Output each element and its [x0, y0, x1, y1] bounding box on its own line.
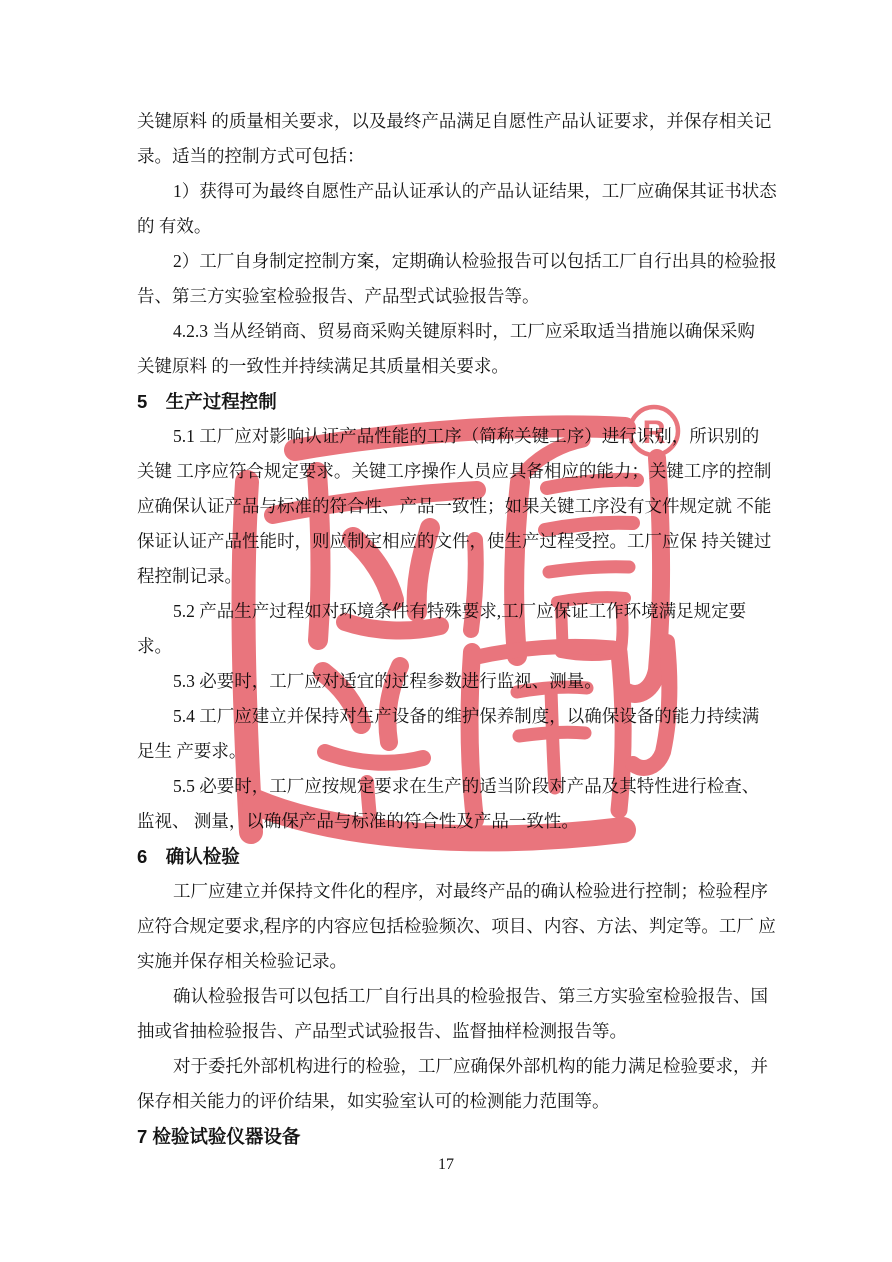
text-line: 抽或省抽检验报告、产品型式试验报告、监督抽样检测报告等。 [137, 1014, 767, 1049]
text-line: 关键原料 的质量相关要求，以及最终产品满足自愿性产品认证要求，并保存相关记 [137, 104, 767, 139]
text-line: 确认检验报告可以包括工厂自行出具的检验报告、第三方实验室检验报告、国 [137, 979, 767, 1014]
text-line: 录。适当的控制方式可包括： [137, 139, 767, 174]
text-line: 应确保认证产品与标准的符合性、产品一致性；如果关键工序没有文件规定就 不能 [137, 489, 767, 524]
text-line: 对于委托外部机构进行的检验，工厂应确保外部机构的能力满足检验要求，并 [137, 1049, 767, 1084]
text-line: 工厂应建立并保持文件化的程序，对最终产品的确认检验进行控制；检验程序 [137, 874, 767, 909]
page-number: 17 [0, 1150, 892, 1180]
section-heading-5: 5 生产过程控制 [137, 384, 767, 419]
text-line: 1）获得可为最终自愿性产品认证承认的产品认证结果，工厂应确保其证书状态 [137, 174, 767, 209]
text-line: 5.5 必要时，工厂应按规定要求在生产的适当阶段对产品及其特性进行检查、 [137, 769, 767, 804]
text-line: 实施并保存相关检验记录。 [137, 944, 767, 979]
text-line: 的 有效。 [137, 209, 767, 244]
text-line: 5.1 工厂应对影响认证产品性能的工序（简称关键工序）进行识别，所识别的 [137, 419, 767, 454]
text-line: 告、第三方实验室检验报告、产品型式试验报告等。 [137, 279, 767, 314]
text-line: 4.2.3 当从经销商、贸易商采购关键原料时，工厂应采取适当措施以确保采购 [137, 314, 767, 349]
text-line: 求。 [137, 629, 767, 664]
text-line: 足生 产要求。 [137, 734, 767, 769]
text-line: 保存相关能力的评价结果，如实验室认可的检测能力范围等。 [137, 1084, 767, 1119]
text-line: 关键原料 的一致性并持续满足其质量相关要求。 [137, 349, 767, 384]
text-line: 5.2 产品生产过程如对环境条件有特殊要求,工厂应保证工作环境满足规定要 [137, 594, 767, 629]
text-line: 5.4 工厂应建立并保持对生产设备的维护保养制度，以确保设备的能力持续满 [137, 699, 767, 734]
text-line: 2）工厂自身制定控制方案，定期确认检验报告可以包括工厂自行出具的检验报 [137, 244, 767, 279]
text-block: 关键原料 的质量相关要求，以及最终产品满足自愿性产品认证要求，并保存相关记 录。… [137, 104, 767, 1154]
text-line: 保证认证产品性能时，则应制定相应的文件，使生产过程受控。工厂应保 持关键过 [137, 524, 767, 559]
text-line: 关键 工序应符合规定要求。关键工序操作人员应具备相应的能力；关键工序的控制 [137, 454, 767, 489]
text-line: 5.3 必要时，工厂应对适宜的过程参数进行监视、测量。 [137, 664, 767, 699]
document-page: 关键原料 的质量相关要求，以及最终产品满足自愿性产品认证要求，并保存相关记 录。… [0, 0, 892, 1262]
section-heading-7: 7 检验试验仪器设备 [137, 1119, 767, 1154]
text-line: 程控制记录。 [137, 559, 767, 594]
section-heading-6: 6 确认检验 [137, 839, 767, 874]
text-line: 监视、 测量，以确保产品与标准的符合性及产品一致性。 [137, 804, 767, 839]
text-line: 应符合规定要求,程序的内容应包括检验频次、项目、内容、方法、判定等。工厂 应 [137, 909, 767, 944]
